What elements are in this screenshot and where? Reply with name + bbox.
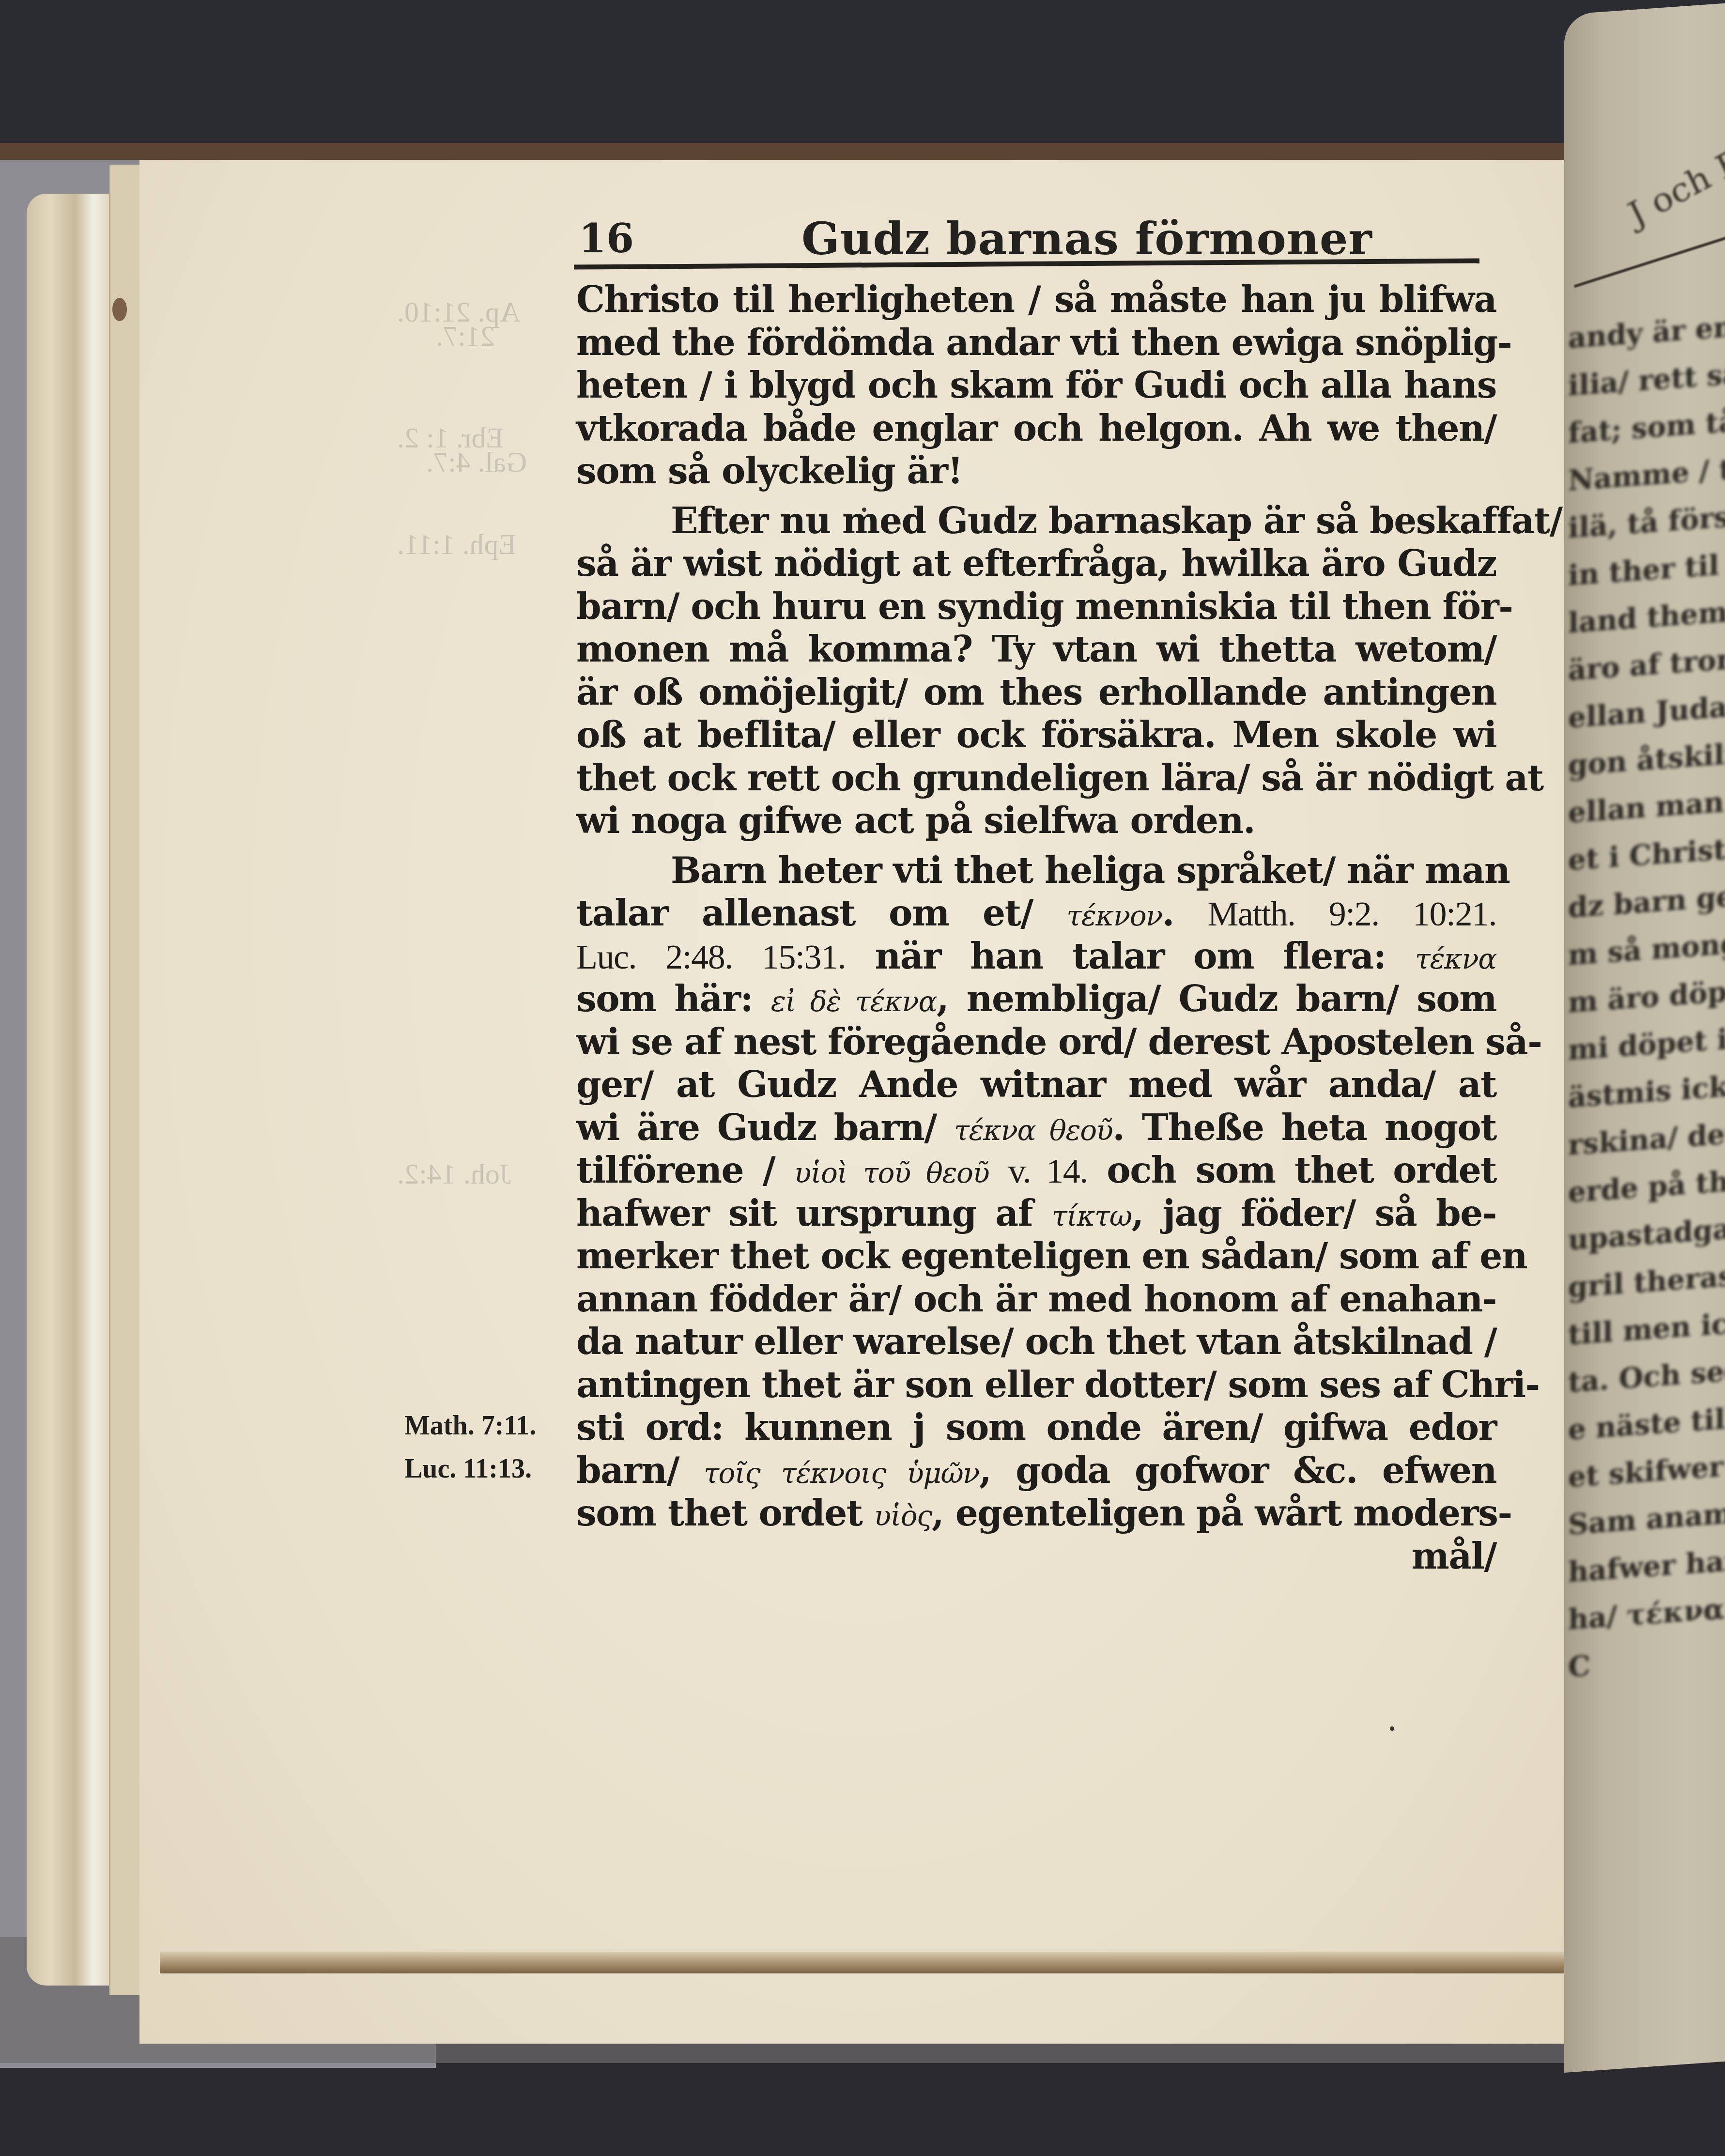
text-line: som så olyckelig är! [576, 450, 1496, 493]
text-line: merker thet ock egenteligen en sådan/ so… [576, 1235, 1496, 1278]
text-line: wi äre Gudz barn/ τέκνα θεοῦ. Theße heta… [576, 1107, 1496, 1150]
text-line: monen må komma? Ty vtan wi thetta wetom/ [576, 628, 1496, 671]
page-number: 16 [579, 216, 634, 262]
text-line: är oß omöjeligit/ om thes erhollande ant… [576, 671, 1496, 714]
text-line: oß at beflita/ eller ock försäkra. Men s… [576, 714, 1496, 757]
text-line: wi se af nest föregående ord/ derest Apo… [576, 1021, 1496, 1064]
text-line: tilförene / υἱοὶ τοῦ θεοῦ v. 14. och som… [576, 1149, 1496, 1192]
dark-backdrop [0, 0, 1725, 160]
text-line: mål/ [576, 1535, 1496, 1578]
text-line: Luc. 2:48. 15:31. när han talar om flera… [576, 935, 1496, 978]
text-line: som thet ordet υἱὸς, egenteligen på wårt… [576, 1492, 1496, 1535]
running-title: Gudz barnas förmoner [801, 213, 1372, 265]
paper-stain [112, 298, 127, 321]
text-line: da natur eller warelse/ och thet vtan åt… [576, 1321, 1496, 1364]
show-through-text: Gal. 4:7. [426, 446, 527, 479]
text-line: så är wist nödigt at efterfråga, hwilka … [576, 542, 1496, 585]
text-line: barn/ och huru en syndig menniskia til t… [576, 585, 1496, 629]
facing-page-text: andy är en son; men när theilia/ rett så… [1568, 300, 1725, 1691]
margin-reference: Luc. 11:13. [404, 1453, 532, 1484]
text-line: Efter nu med Gudz barnaskap är så beskaf… [576, 500, 1496, 543]
text-line: hafwer sit ursprung af τίκτω, jag föder/… [576, 1192, 1496, 1235]
show-through-text: Joh. 14:2. [397, 1157, 511, 1191]
text-line: Barn heter vti thet heliga språket/ när … [576, 849, 1496, 893]
text-line: vtkorada både englar och helgon. Ah we t… [576, 407, 1496, 450]
text-line: talar allenast om et/ τέκνον. Matth. 9:2… [576, 892, 1496, 935]
margin-reference: Math. 7:11. [404, 1410, 536, 1441]
show-through-text: Eph. 1:11. [397, 528, 516, 561]
text-line: ger/ at Gudz Ande witnar med wår anda/ a… [576, 1063, 1496, 1107]
text-line: antingen thet är son eller dotter/ som s… [576, 1364, 1496, 1407]
facing-page-right: J och Ena, Löks andy är en son; men när … [1564, 0, 1725, 2073]
ink-speck [862, 508, 866, 512]
text-line: wi noga gifwe act på sielfwa orden. [576, 800, 1496, 843]
text-line: med the fördömda andar vti then ewiga sn… [576, 322, 1496, 365]
text-line: sti ord: kunnen j som onde ären/ gifwa e… [576, 1406, 1496, 1449]
page-bottom-edge [160, 1952, 1564, 1973]
text-line: thet ock rett och grundeligen lära/ så ä… [576, 757, 1496, 800]
show-through-text: 21:7. [436, 320, 495, 353]
body-text: Christo til herligheten / så måste han j… [576, 278, 1496, 1578]
text-line: annan födder är/ och är med honom af ena… [576, 1278, 1496, 1321]
paragraph-gap [576, 843, 1496, 849]
text-line: som här: εἰ δὲ τέκνα, nembliga/ Gudz bar… [576, 978, 1496, 1021]
facing-running-title: J och Ena, Löks [1622, 70, 1725, 234]
text-line: heten / i blygd och skam för Gudi och al… [576, 364, 1496, 407]
paragraph-gap [576, 493, 1496, 500]
ink-speck [1390, 1726, 1394, 1731]
text-line: barn/ τοῖς τέκνοις ὑμῶν, goda gofwor &c.… [576, 1449, 1496, 1493]
text-line: Christo til herligheten / så måste han j… [576, 278, 1496, 322]
